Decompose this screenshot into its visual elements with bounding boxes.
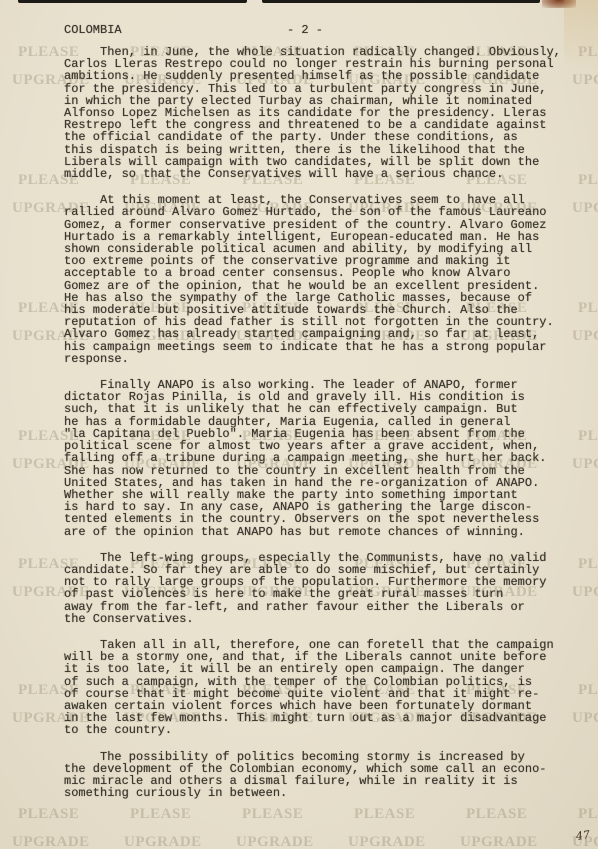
paragraph-conservatives-gomez: At this moment at least, the Conservativ… — [64, 194, 574, 365]
paragraph-left-wing: The left-wing groups, especially the Com… — [64, 552, 574, 625]
paragraph-economy: The possibility of politics becoming sto… — [64, 751, 574, 800]
scanned-document-page: PLEASEUPGRADEPLEASEUPGRADEPLEASEUPGRADEP… — [0, 0, 598, 849]
document-body: Then, in June, the whole situation radic… — [64, 46, 574, 813]
typed-content: COLOMBIA - 2 - Then, in June, the whole … — [0, 0, 598, 849]
page-number: - 2 - — [287, 24, 323, 36]
paragraph-anapo: Finally ANAPO is also working. The leade… — [64, 379, 574, 538]
document-title: COLOMBIA — [64, 24, 122, 36]
paragraph-liberals-split: Then, in June, the whole situation radic… — [64, 46, 574, 180]
paragraph-campaign-forecast: Taken all in all, therefore, one can for… — [64, 639, 574, 737]
